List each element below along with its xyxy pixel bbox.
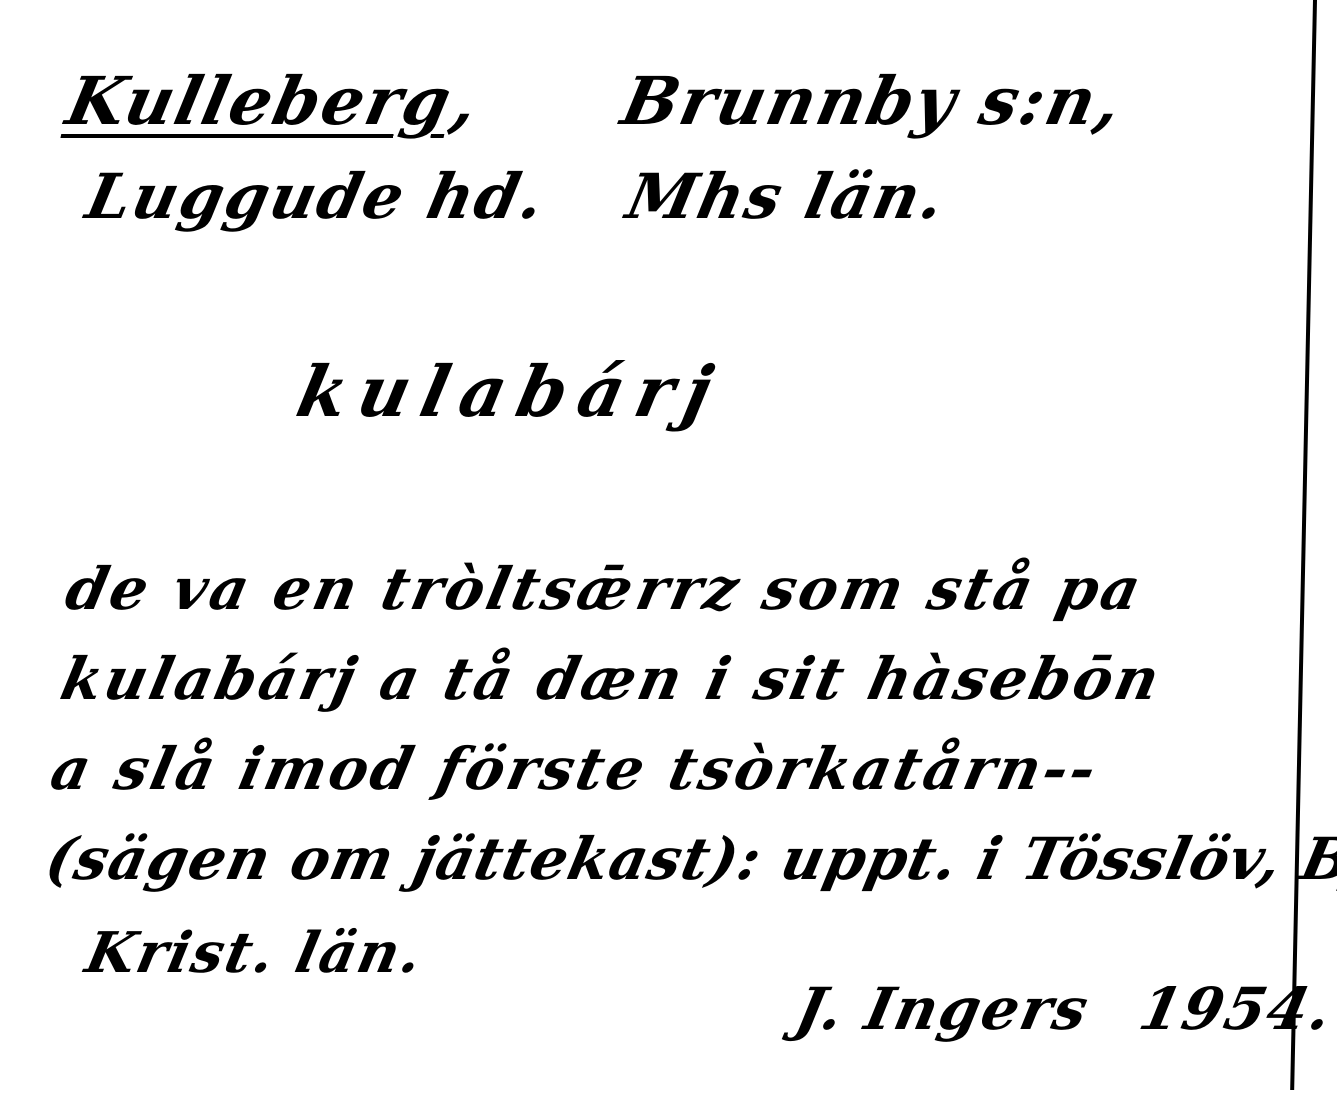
signature-year: 1954. bbox=[1134, 975, 1337, 1043]
district-name: Luggude hd. bbox=[80, 160, 552, 233]
body-line-2: kulabárj a tå dæn i sit hàsebōn bbox=[55, 645, 1168, 713]
body-line-4: (sägen om jättekast): uppt. i Tösslöv, B… bbox=[40, 825, 1337, 893]
county-name: Mhs län. bbox=[620, 160, 952, 233]
signature-name: J. Ingers bbox=[790, 975, 1096, 1043]
parish-name: Brunnby s:n, bbox=[615, 62, 1130, 140]
header-line-1: Kulleberg, Brunnby s:n, bbox=[60, 62, 1130, 140]
header-line-2: Luggude hd. Mhs län. bbox=[80, 160, 953, 233]
dialect-record-card: Kulleberg, Brunnby s:n, Luggude hd. Mhs … bbox=[0, 0, 1337, 1097]
place-name: Kulleberg bbox=[60, 62, 460, 140]
body-line-1: de va en tròltsǣrrz som stå pa bbox=[60, 555, 1149, 623]
headword: kulabárj bbox=[290, 350, 732, 433]
card-edge-border bbox=[1290, 0, 1317, 1090]
signature: J. Ingers 1954. bbox=[790, 975, 1337, 1043]
body-line-5: Krist. län. bbox=[80, 920, 430, 986]
body-line-3: a slå imod förste tsòrkatårn-- bbox=[45, 735, 1105, 803]
